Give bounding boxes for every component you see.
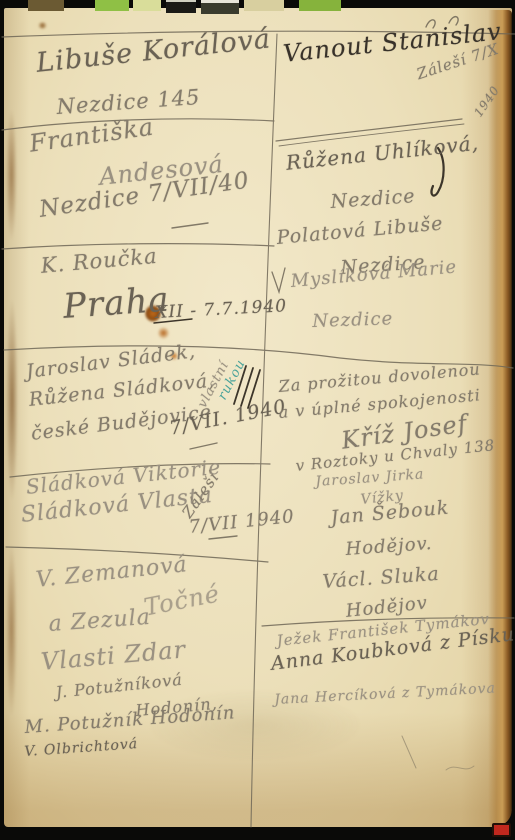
- guestbook-scan: Libuše Korálová Nezdice 145 Františka An…: [0, 0, 515, 840]
- column-divider-line: [251, 34, 277, 827]
- roman-underline-vii-3: [209, 536, 237, 539]
- roman-underline-vii-2: [190, 443, 217, 449]
- squiggle: [446, 766, 474, 770]
- check-mark: [272, 268, 285, 292]
- signature-line: Nezdice: [312, 310, 393, 331]
- roman-underline-vii-1: [172, 223, 208, 228]
- pencil-stroke: [402, 736, 416, 768]
